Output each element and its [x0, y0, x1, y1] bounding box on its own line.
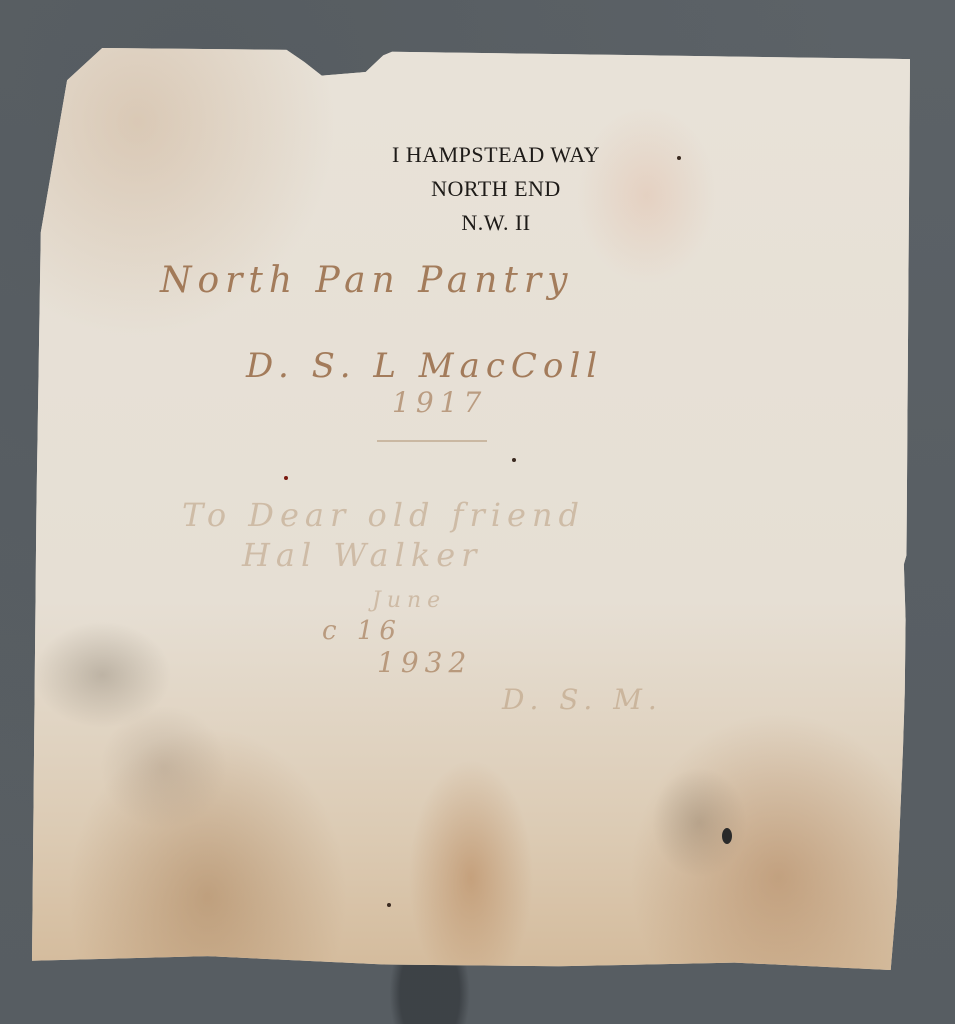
handwritten-dedication-1: To Dear old friend: [182, 496, 585, 534]
handwritten-day: c 16: [322, 616, 402, 646]
handwritten-year-2: 1932: [377, 646, 472, 679]
paper-hole: [722, 828, 732, 844]
address-line-2: NORTH END: [57, 172, 935, 206]
ink-speck: [284, 476, 288, 480]
handwritten-month: June: [372, 588, 446, 613]
ink-speck: [677, 156, 681, 160]
handwritten-author: D. S. L MacColl: [246, 346, 603, 386]
address-line-3: N.W. II: [57, 206, 935, 240]
ink-speck: [387, 903, 391, 907]
letterhead-paper: I HAMPSTEAD WAY NORTH END N.W. II North …: [32, 48, 910, 970]
handwritten-title: North Pan Pantry: [160, 260, 573, 301]
ink-speck: [512, 458, 516, 462]
handwritten-signature: D. S. M.: [502, 683, 663, 716]
handwritten-dedication-2: Hal Walker: [242, 536, 482, 574]
handwritten-year-1: 1917: [392, 386, 487, 419]
address-line-1: I HAMPSTEAD WAY: [57, 138, 935, 172]
printed-address: I HAMPSTEAD WAY NORTH END N.W. II: [32, 138, 910, 240]
handwritten-rule: [377, 440, 487, 442]
